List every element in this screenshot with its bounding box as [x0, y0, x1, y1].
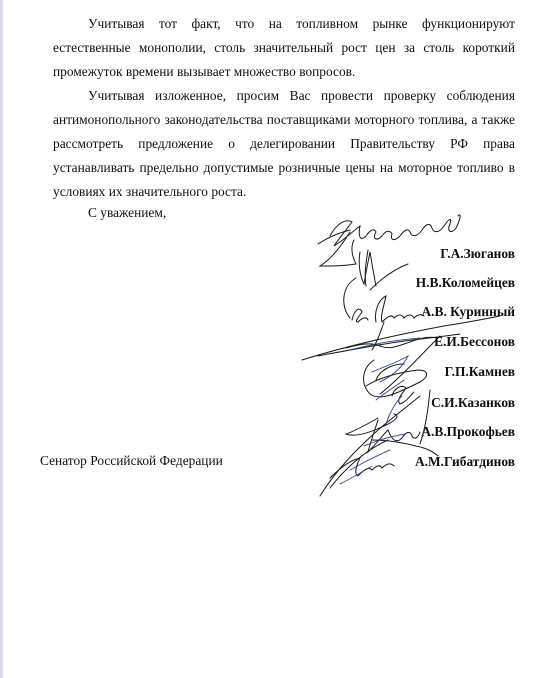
- signatory-name: А.В.Прокофьев: [421, 424, 515, 440]
- signatory-name: А.В. Куринный: [422, 304, 515, 320]
- signatory-name: Г.А.Зюганов: [440, 246, 515, 262]
- signatory-name: Г.П.Камнев: [445, 364, 515, 380]
- signatory-name: Е.И.Бессонов: [434, 334, 515, 350]
- signatory-name: А.М.Гибатдинов: [415, 454, 515, 470]
- signatory-name: Н.В.Коломейцев: [416, 275, 515, 291]
- signature-block: Г.А.Зюганов Н.В.Коломейцев А.В. Куринный…: [0, 0, 548, 678]
- letter-page: Учитывая тот факт, что на топливном рынк…: [0, 0, 548, 678]
- signatory-name: С.И.Казанков: [431, 395, 515, 411]
